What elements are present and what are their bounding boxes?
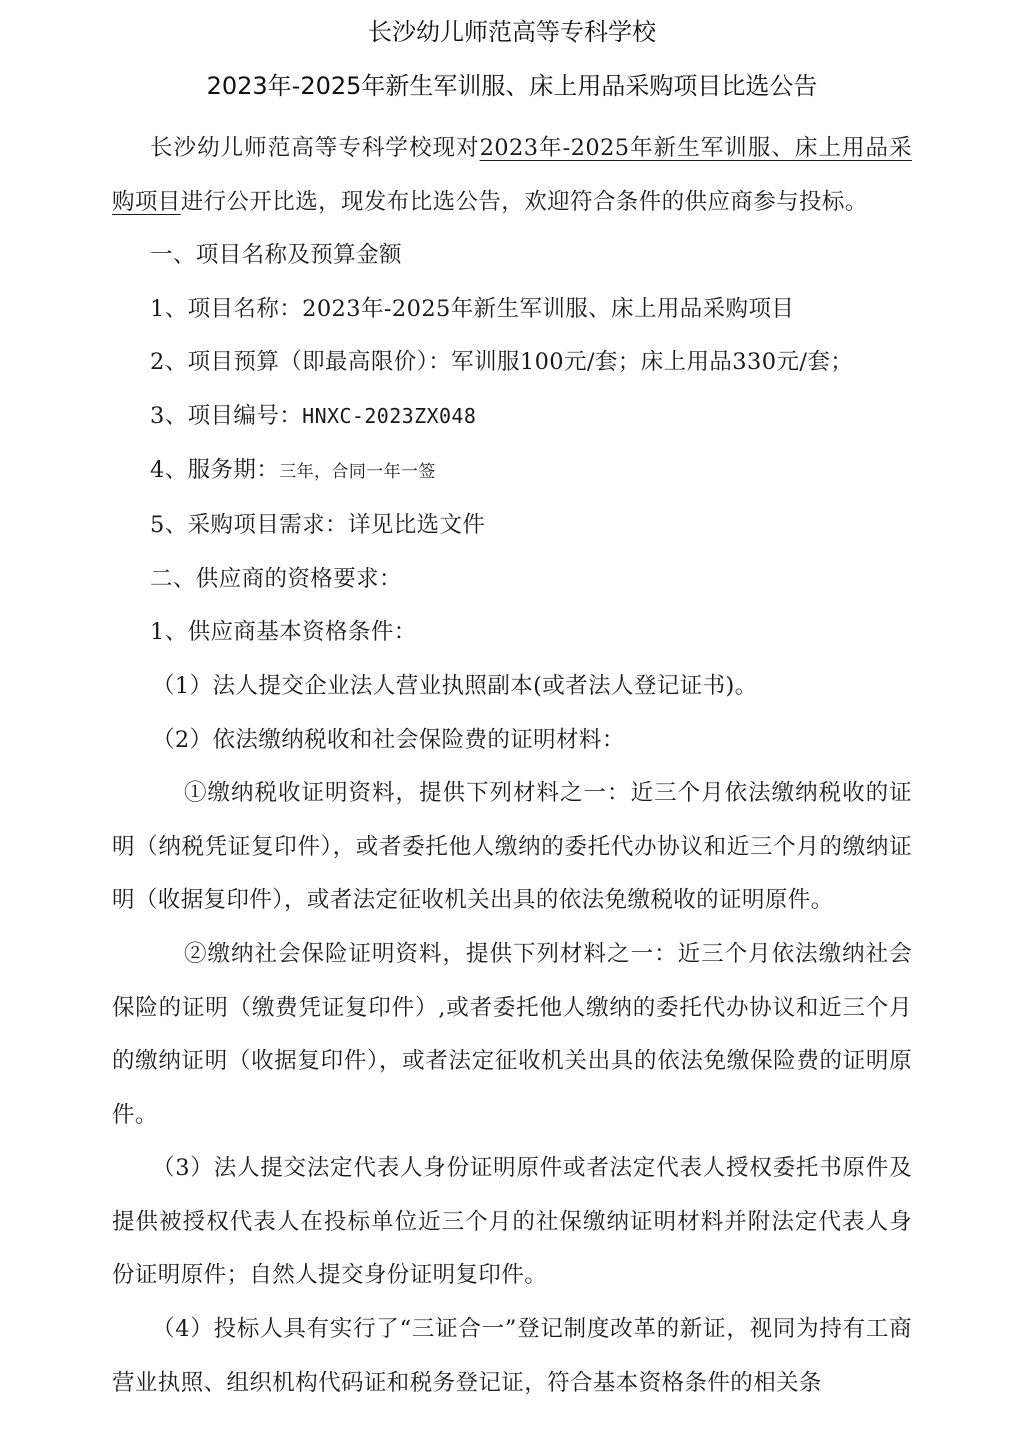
item-label: （4）: [152, 1316, 214, 1342]
qualification-item-4: （4）投标人具有实行了“三证合一”登记制度改革的新证，视同为持有工商营业执照、组…: [112, 1303, 912, 1410]
item-label: 1、项目名称：: [150, 296, 302, 322]
item-label: 2、项目预算（即最高限价）：: [150, 349, 451, 375]
item-text: 缴纳社会保险证明资料，提供下列材料之一：近三个月依法缴纳社会保险的证明（缴费凭证…: [112, 941, 912, 1128]
item-project-name: 1、项目名称：2023年-2025年新生军训服、床上用品采购项目: [112, 283, 912, 337]
item-label: （3）: [152, 1155, 214, 1181]
intro-suffix: 进行公开比选，现发布比选公告，欢迎符合条件的供应商参与投标。: [181, 189, 868, 215]
item-project-number: 3、项目编号：HNXC-2023ZX048: [112, 390, 912, 444]
social-insurance-proof-paragraph: ②缴纳社会保险证明资料，提供下列材料之一：近三个月依法缴纳社会保险的证明（缴费凭…: [112, 928, 912, 1142]
item-service-period: 4、服务期：三年，合同一年一签: [112, 444, 912, 500]
item-label: 3、项目编号：: [150, 403, 302, 429]
intro-prefix: 长沙幼儿师范高等专科学校现对: [150, 135, 480, 161]
item-label: 4、服务期：: [150, 457, 279, 483]
item-label: ②: [184, 941, 208, 967]
announcement-title: 2023年-2025年新生军训服、床上用品采购项目比选公告: [112, 74, 912, 98]
item-requirements: 5、采购项目需求：详见比选文件: [112, 499, 912, 553]
item-value: 三年，合同一年一签: [279, 462, 436, 482]
section2-heading: 二、供应商的资格要求：: [112, 553, 912, 607]
item-project-budget: 2、项目预算（即最高限价）：军训服100元/套；床上用品330元/套；: [112, 336, 912, 390]
tax-proof-paragraph: ①缴纳税收证明资料，提供下列材料之一：近三个月依法缴纳税收的证明（纳税凭证复印件…: [112, 767, 912, 928]
document-body: 长沙幼儿师范高等专科学校现对2023年-2025年新生军训服、床上用品采购项目进…: [112, 122, 912, 1410]
item-label: （2）: [152, 727, 213, 753]
item-value: 2023年-2025年新生军训服、床上用品采购项目: [302, 296, 794, 322]
qualification-item-2: （2）依法缴纳税收和社会保险费的证明材料：: [112, 714, 912, 768]
item-value: 军训服100元/套；床上用品330元/套；: [451, 349, 853, 375]
item-text: 投标人具有实行了“三证合一”登记制度改革的新证，视同为持有工商营业执照、组织机构…: [112, 1316, 912, 1396]
item-value: HNXC-2023ZX048: [302, 404, 476, 428]
item-label: （1）: [152, 673, 213, 699]
item-label: 5、采购项目需求：: [150, 512, 348, 538]
item-label: ①: [184, 780, 208, 806]
intro-paragraph: 长沙幼儿师范高等专科学校现对2023年-2025年新生军训服、床上用品采购项目进…: [112, 122, 912, 229]
item-text: 依法缴纳税收和社会保险费的证明材料：: [213, 727, 625, 753]
section2-subheading: 1、供应商基本资格条件：: [112, 606, 912, 660]
school-name-heading: 长沙幼儿师范高等专科学校: [112, 20, 912, 44]
item-value: 详见比选文件: [348, 512, 485, 538]
qualification-item-1: （1）法人提交企业法人营业执照副本(或者法人登记证书)。: [112, 660, 912, 714]
section1-heading: 一、项目名称及预算金额: [112, 229, 912, 283]
qualification-item-3: （3）法人提交法定代表人身份证明原件或者法定代表人授权委托书原件及提供被授权代表…: [112, 1142, 912, 1303]
item-text: 法人提交法定代表人身份证明原件或者法定代表人授权委托书原件及提供被授权代表人在投…: [112, 1155, 912, 1288]
item-text: 法人提交企业法人营业执照副本(或者法人登记证书)。: [213, 673, 758, 699]
item-text: 缴纳税收证明资料，提供下列材料之一：近三个月依法缴纳税收的证明（纳税凭证复印件）…: [112, 780, 912, 913]
